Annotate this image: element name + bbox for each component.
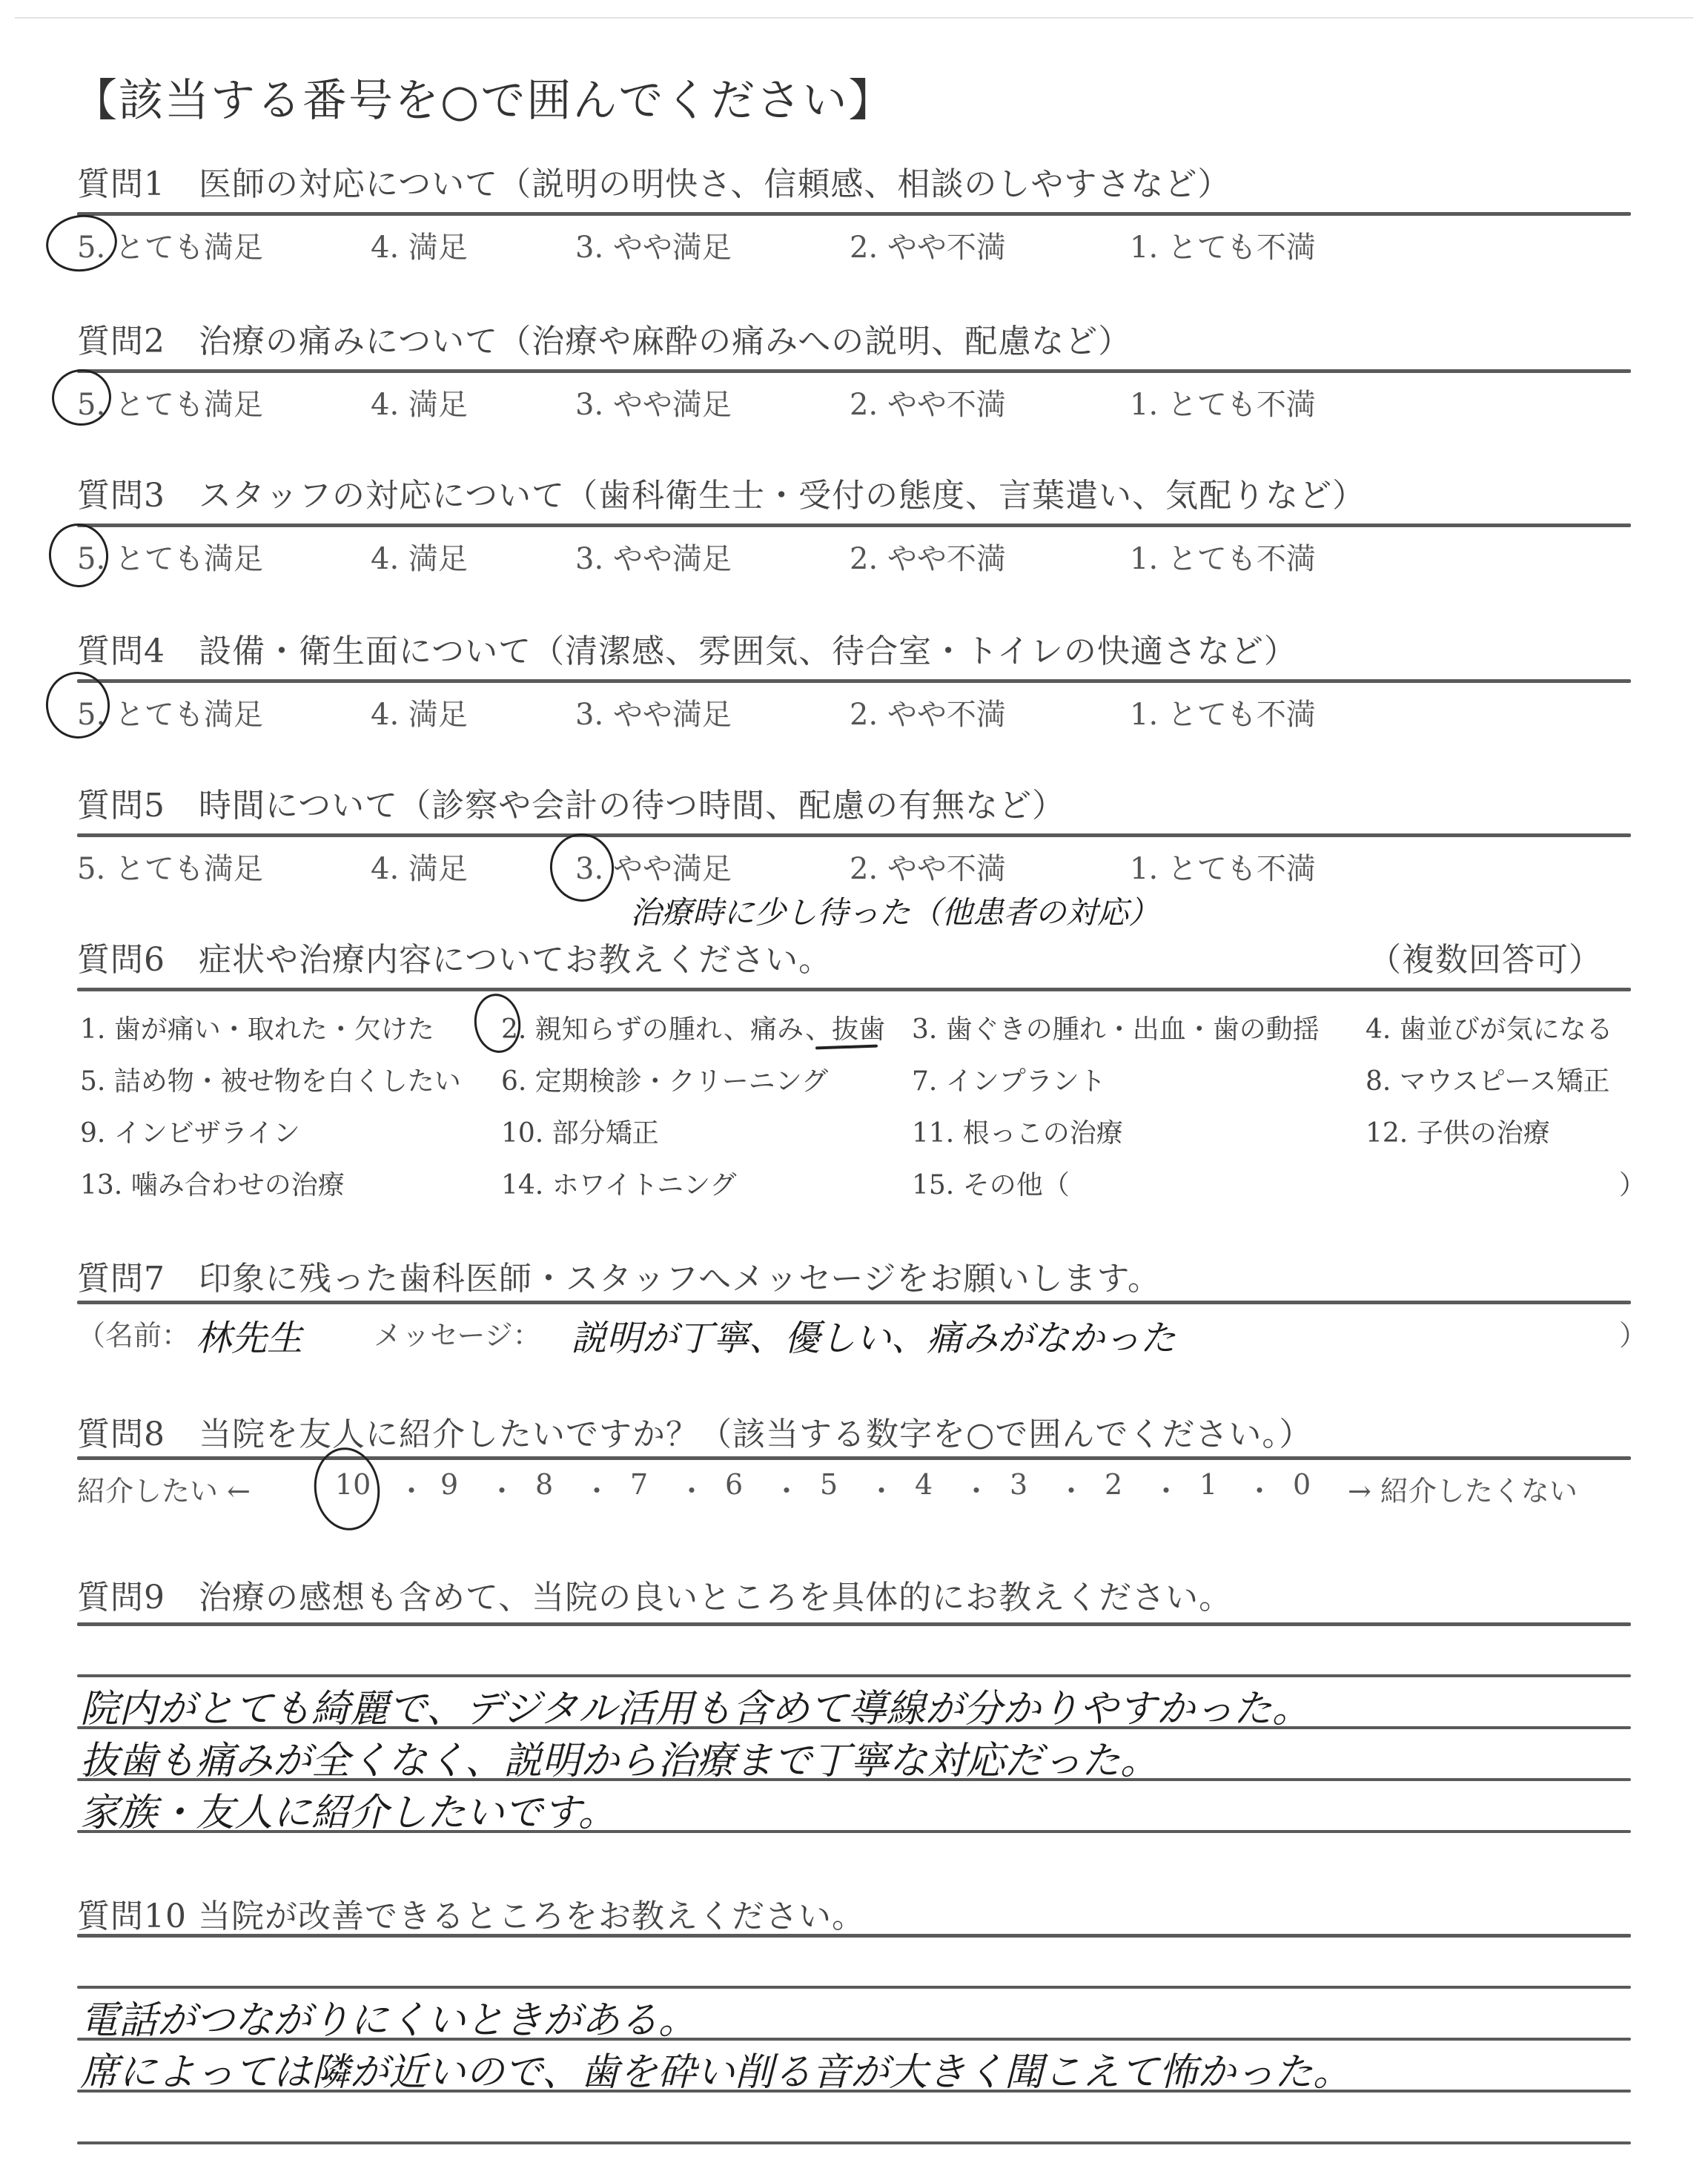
q9-answer-line: 家族・友人に紹介したいです。 bbox=[80, 1781, 617, 1837]
form-instruction-title: 【該当する番号を○で囲んでください】 bbox=[73, 65, 894, 129]
q6-option-1[interactable]: 1. 歯が痛い・取れた・欠けた bbox=[80, 1008, 434, 1046]
q8-score-8[interactable]: 8 bbox=[535, 1468, 553, 1501]
q8-left-label: 紹介したい ← bbox=[77, 1468, 251, 1509]
question-5-rule bbox=[77, 833, 1631, 837]
q8-dot-separator: ・ bbox=[1057, 1468, 1085, 1509]
q6-option-3[interactable]: 3. 歯ぐきの腫れ・出血・歯の動揺 bbox=[912, 1008, 1320, 1046]
q5-option-2[interactable]: 2. やや不満 bbox=[850, 845, 1006, 888]
q8-score-1[interactable]: 1 bbox=[1199, 1468, 1217, 1501]
question-7-rule bbox=[77, 1301, 1631, 1304]
q6-option-14[interactable]: 14. ホワイトニング bbox=[501, 1164, 736, 1202]
q5-option-5[interactable]: 5. とても満足 bbox=[77, 845, 263, 888]
q8-right-label: → 紹介したくない bbox=[1348, 1468, 1578, 1509]
q7-name-field[interactable]: 林先生 bbox=[196, 1309, 302, 1361]
q6-option-10[interactable]: 10. 部分矯正 bbox=[501, 1112, 659, 1150]
q8-dot-separator: ・ bbox=[1245, 1468, 1274, 1509]
q8-dot-separator: ・ bbox=[583, 1468, 611, 1509]
question-5-label: 質問5 時間について（診察や会計の待つ時間、配慮の有無など） bbox=[77, 779, 1065, 826]
q1-option-4[interactable]: 4. 満足 bbox=[371, 224, 468, 266]
q2-option-3[interactable]: 3. やや満足 bbox=[575, 381, 732, 423]
q3-option-4[interactable]: 4. 満足 bbox=[371, 535, 468, 578]
q6-option-11[interactable]: 11. 根っこの治療 bbox=[912, 1112, 1123, 1150]
q7-message-label: メッセージ： bbox=[374, 1312, 541, 1353]
question-3-label: 質問3 スタッフの対応について（歯科衛生士・受付の態度、言葉遣い、気配りなど） bbox=[77, 469, 1366, 516]
question-3-rule bbox=[77, 524, 1631, 527]
question-4-label: 質問4 設備・衛生面について（清潔感、雰囲気、待合室・トイレの快適さなど） bbox=[77, 624, 1297, 672]
question-4-rule bbox=[77, 679, 1631, 683]
q6-option-9[interactable]: 9. インビザライン bbox=[80, 1112, 300, 1150]
question-6-rule bbox=[77, 988, 1631, 991]
question-9-rule bbox=[77, 1622, 1631, 1626]
q6-option-4[interactable]: 4. 歯並びが気になる bbox=[1366, 1008, 1613, 1046]
q6-option-6[interactable]: 6. 定期検診・クリーニング bbox=[501, 1060, 828, 1098]
q3-option-1[interactable]: 1. とても不満 bbox=[1130, 535, 1316, 578]
q5-handwritten-note: 治療時に少し待った（他患者の対応） bbox=[630, 888, 1159, 933]
question-6-label: 質問6 症状や治療内容についてお教えください。 bbox=[77, 933, 832, 980]
q4-option-4[interactable]: 4. 満足 bbox=[371, 691, 468, 733]
q8-dot-separator: ・ bbox=[962, 1468, 990, 1509]
question-2-label: 質問2 治療の痛みについて（治療や麻酔の痛みへの説明、配慮など） bbox=[77, 314, 1131, 362]
question-1-label: 質問1 医師の対応について（説明の明快さ、信頼感、相談のしやすさなど） bbox=[77, 157, 1231, 205]
question-8-rule bbox=[77, 1456, 1631, 1460]
q8-score-9[interactable]: 9 bbox=[440, 1468, 458, 1501]
question-1-rule bbox=[77, 212, 1631, 216]
scan-top-edge bbox=[15, 17, 1693, 19]
q8-score-6[interactable]: 6 bbox=[725, 1468, 743, 1501]
q6-other-close-paren: ） bbox=[1619, 1164, 1646, 1202]
q2-option-1[interactable]: 1. とても不満 bbox=[1130, 381, 1316, 423]
question-2-rule bbox=[77, 369, 1631, 373]
q5-option-1[interactable]: 1. とても不満 bbox=[1130, 845, 1316, 888]
q2-option-2[interactable]: 2. やや不満 bbox=[850, 381, 1006, 423]
q8-score-5[interactable]: 5 bbox=[820, 1468, 838, 1501]
question-10-rule bbox=[77, 1934, 1631, 1938]
q6-option-15-other[interactable]: 15. その他（ bbox=[912, 1164, 1070, 1202]
question-6-multi-answer-note: （複数回答可） bbox=[1368, 933, 1602, 980]
q1-option-1[interactable]: 1. とても不満 bbox=[1130, 224, 1316, 266]
question-7-label: 質問7 印象に残った歯科医師・スタッフへメッセージをお願いします。 bbox=[77, 1252, 1161, 1299]
q9-answer-line: 院内がとても綺麗で、デジタル活用も含めて導線が分かりやすかった。 bbox=[80, 1677, 1311, 1733]
q6-option-13[interactable]: 13. 噛み合わせの治療 bbox=[80, 1164, 345, 1202]
q5-option-4[interactable]: 4. 満足 bbox=[371, 845, 468, 888]
q8-score-0[interactable]: 0 bbox=[1293, 1468, 1311, 1501]
q5-selected-circle-mark bbox=[546, 829, 618, 905]
q6-option-5[interactable]: 5. 詰め物・被せ物を白くしたい bbox=[80, 1060, 461, 1098]
q8-score-2[interactable]: 2 bbox=[1105, 1468, 1122, 1501]
q3-option-3[interactable]: 3. やや満足 bbox=[575, 535, 732, 578]
q4-option-3[interactable]: 3. やや満足 bbox=[575, 691, 732, 733]
q8-dot-separator: ・ bbox=[678, 1468, 706, 1509]
q1-option-2[interactable]: 2. やや不満 bbox=[850, 224, 1006, 266]
q8-dot-separator: ・ bbox=[867, 1468, 896, 1509]
q4-option-2[interactable]: 2. やや不満 bbox=[850, 691, 1006, 733]
q1-option-3[interactable]: 3. やや満足 bbox=[575, 224, 732, 266]
q10-answer-line: 席によっては隣が近いので、歯を砕い削る音が大きく聞こえて怖かった。 bbox=[80, 2041, 1351, 2096]
q6-option-2[interactable]: 2. 親知らずの腫れ、痛み、抜歯 bbox=[501, 1008, 885, 1046]
q7-close-paren: ） bbox=[1619, 1312, 1647, 1353]
q10-answer-line-rule bbox=[77, 2141, 1631, 2144]
question-10-label: 質問10 当院が改善できるところをお教えください。 bbox=[77, 1889, 865, 1937]
q3-option-2[interactable]: 2. やや不満 bbox=[850, 535, 1006, 578]
q7-message-field[interactable]: 説明が丁寧、優しい、痛みがなかった bbox=[571, 1309, 1176, 1361]
q10-answer-line: 電話がつながりにくいときがある。 bbox=[80, 1989, 697, 2044]
q6-option-8[interactable]: 8. マウスピース矯正 bbox=[1366, 1060, 1609, 1098]
q8-score-4[interactable]: 4 bbox=[915, 1468, 933, 1501]
q4-option-1[interactable]: 1. とても不満 bbox=[1130, 691, 1316, 733]
q3-selected-circle-mark bbox=[44, 520, 112, 591]
q8-dot-separator: ・ bbox=[772, 1468, 801, 1509]
q7-name-label: （名前： bbox=[77, 1312, 190, 1353]
q9-answer-line: 抜歯も痛みが全くなく、説明から治療まで丁寧な対応だった。 bbox=[80, 1729, 1159, 1785]
question-9-label: 質問9 治療の感想も含めて、当院の良いところを具体的にお教えください。 bbox=[77, 1571, 1232, 1618]
q8-score-7[interactable]: 7 bbox=[630, 1468, 648, 1501]
q8-dot-separator: ・ bbox=[1152, 1468, 1180, 1509]
q8-dot-separator: ・ bbox=[397, 1468, 426, 1509]
q6-option-12[interactable]: 12. 子供の治療 bbox=[1366, 1112, 1550, 1150]
q8-score-3[interactable]: 3 bbox=[1010, 1468, 1027, 1501]
q8-dot-separator: ・ bbox=[488, 1468, 516, 1509]
q6-option-7[interactable]: 7. インプラント bbox=[912, 1060, 1106, 1098]
q1-selected-circle-mark bbox=[42, 211, 121, 277]
question-8-label: 質問8 当院を友人に紹介したいですか？（該当する数字を○で囲んでください。） bbox=[77, 1407, 1312, 1455]
q2-option-4[interactable]: 4. 満足 bbox=[371, 381, 468, 423]
